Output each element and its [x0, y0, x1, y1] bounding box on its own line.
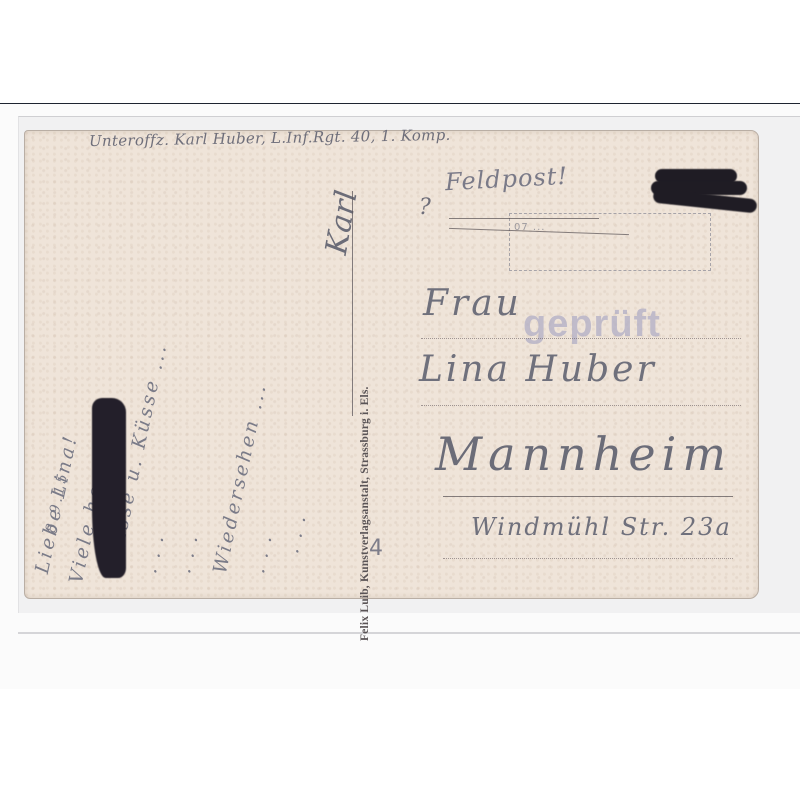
address-line — [443, 558, 733, 559]
message-line: ... — [247, 524, 279, 576]
message-area: 8.9.15 Liebe Lina! Viele herzliche Grüss… — [25, 131, 365, 598]
signature: Karl — [319, 188, 365, 257]
censor-stamp: geprüft — [523, 303, 661, 346]
message-line: ... — [139, 524, 171, 576]
publisher-imprint: Felix Luib, Kunstverlagsanstalt, Strassb… — [359, 386, 371, 641]
sleeve-edge — [18, 632, 800, 634]
postmark-stamp: 07 ... — [509, 213, 711, 271]
message-line: ... — [173, 524, 205, 576]
address-name: Lina Huber — [419, 349, 657, 390]
address-title: Frau — [423, 283, 522, 324]
postcard: Unteroffz. Karl Huber, L.Inf.Rgt. 40, 1.… — [24, 130, 759, 599]
address-line — [421, 338, 741, 339]
feldpost-note: Feldpost! — [444, 162, 568, 196]
redaction-mark-top — [651, 165, 759, 215]
address-city: Mannheim — [435, 427, 732, 481]
address-line — [443, 496, 733, 497]
redaction-mark-left — [92, 398, 126, 578]
address-line — [421, 405, 741, 406]
divider-line — [352, 191, 353, 416]
address-line — [449, 218, 599, 219]
message-line: ... — [281, 504, 313, 556]
address-street: Windmühl Str. 23a — [471, 513, 732, 541]
routing-mark: ? — [419, 195, 431, 220]
annotation-number: 4 — [369, 536, 383, 561]
